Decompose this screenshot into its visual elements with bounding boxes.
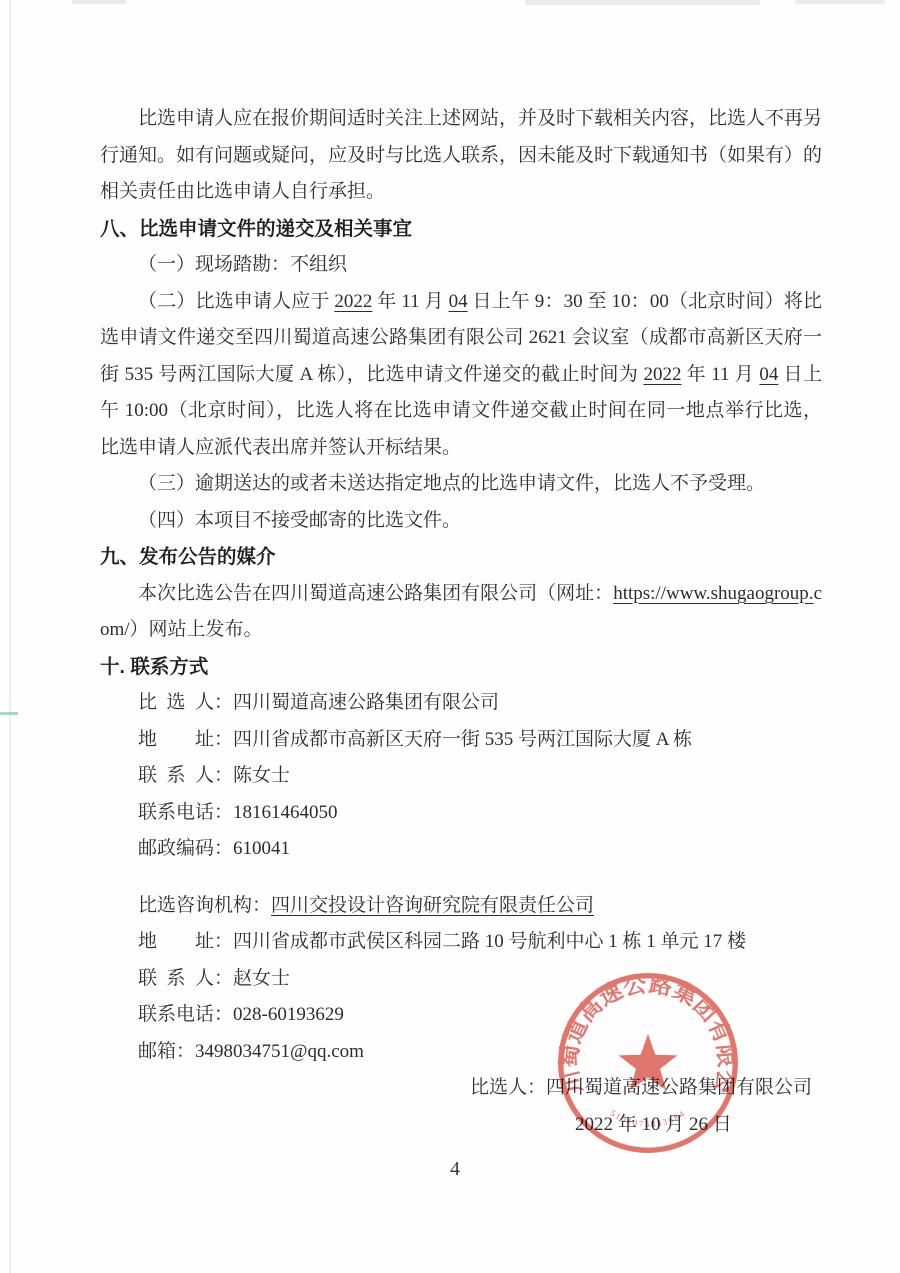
page-number: 4 <box>0 1158 900 1181</box>
signature-name-line: 比选人：四川蜀道高速公路集团有限公司 <box>100 1070 822 1107</box>
document-page: 比选申请人应在报价期间适时关注上述网站，并及时下载相关内容，比选人不再另行通知。… <box>0 0 900 1273</box>
scan-smudge <box>525 0 760 5</box>
section-9-heading: 九、发布公告的媒介 <box>100 539 822 576</box>
scan-smudge <box>72 0 127 4</box>
selector-address-row: 地 址：四川省成都市高新区天府一街 535 号两江国际大厦 A 栋 <box>100 722 822 759</box>
section-10-heading: 十. 联系方式 <box>100 649 822 686</box>
submission-item: （二）比选申请人应于 2022 年 11 月 04 日上午 9：30 至 10：… <box>100 284 822 467</box>
scan-edge-line <box>9 0 11 1273</box>
selector-postcode-row: 邮政编码：610041 <box>100 831 822 868</box>
site-visit-item: （一）现场踏勘：不组织 <box>100 247 822 284</box>
scan-cyan-mark <box>0 712 18 715</box>
scan-smudge <box>795 0 885 4</box>
consultant-address-row: 地 址：四川省成都市武侯区科园二路 10 号航利中心 1 栋 1 单元 17 楼 <box>100 924 822 961</box>
document-body: 比选申请人应在报价期间适时关注上述网站，并及时下载相关内容，比选人不再另行通知。… <box>100 101 822 1143</box>
selector-phone-row: 联系电话：18161464050 <box>100 795 822 832</box>
signature-date-line: 2022 年 10 月 26 日 <box>100 1107 822 1144</box>
consultant-email-row: 邮箱：3498034751@qq.com <box>100 1034 822 1071</box>
consultant-phone-row: 联系电话：028-60193629 <box>100 997 822 1034</box>
consultant-org-row: 比选咨询机构：四川交投设计咨询研究院有限责任公司 <box>100 888 822 925</box>
section-8-heading: 八、比选申请文件的递交及相关事宜 <box>100 211 822 248</box>
late-delivery-item: （三）逾期送达的或者未送达指定地点的比选申请文件，比选人不予受理。 <box>100 466 822 503</box>
media-paragraph: 本次比选公告在四川蜀道高速公路集团有限公司（网址：https://www.shu… <box>100 576 822 649</box>
consultant-contact-person-row: 联 系 人：赵女士 <box>100 961 822 998</box>
intro-paragraph: 比选申请人应在报价期间适时关注上述网站，并及时下载相关内容，比选人不再另行通知。… <box>100 101 822 211</box>
selector-name-row: 比 选 人：四川蜀道高速公路集团有限公司 <box>100 685 822 722</box>
selector-contact-person-row: 联 系 人：陈女士 <box>100 758 822 795</box>
no-mail-item: （四）本项目不接受邮寄的比选文件。 <box>100 503 822 540</box>
